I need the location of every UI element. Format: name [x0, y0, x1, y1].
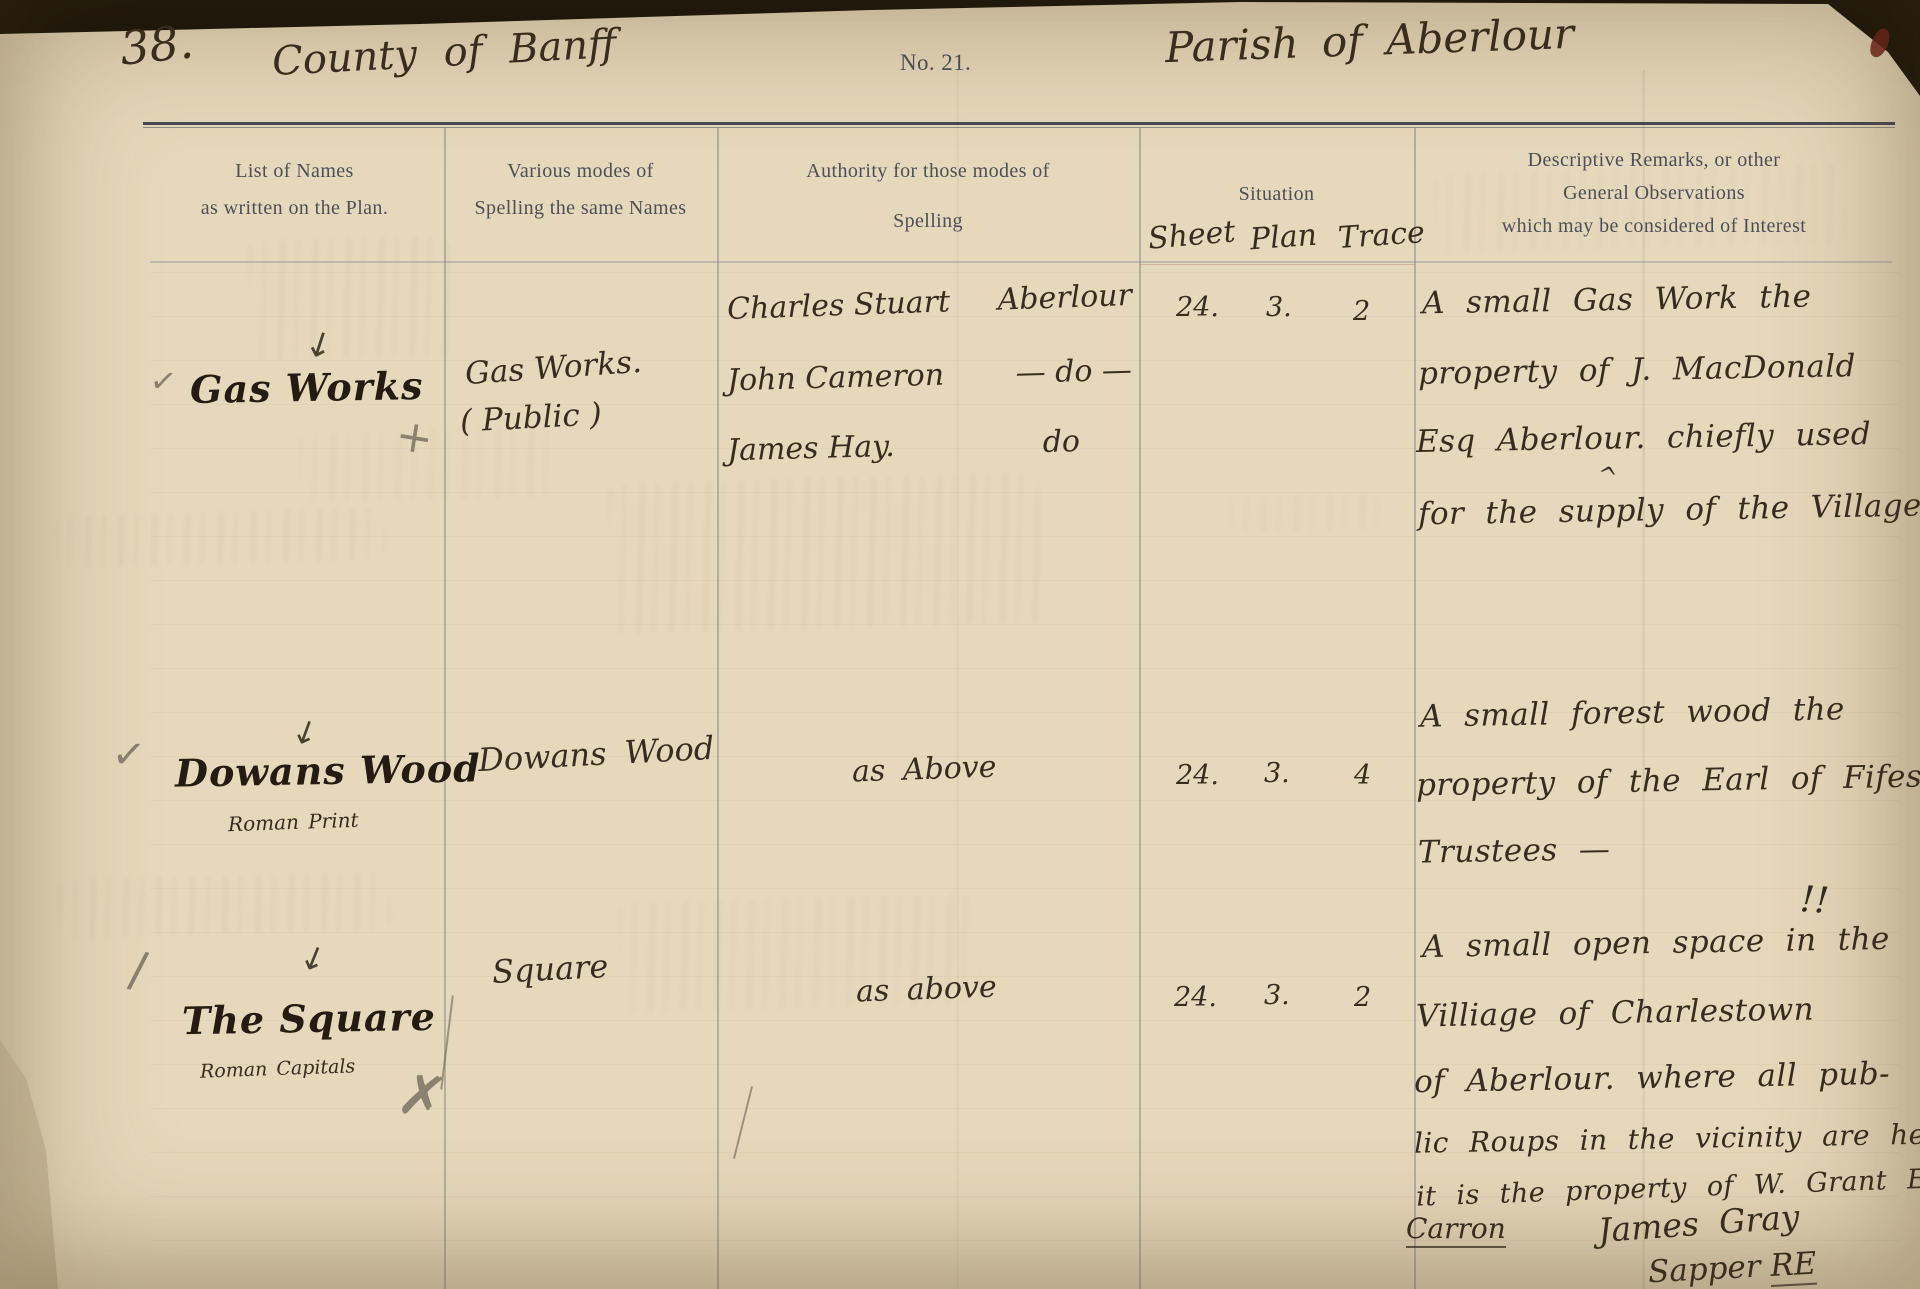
column-divider [717, 128, 719, 1289]
corps-label: RE [1769, 1246, 1817, 1287]
authority-place: Aberlour [997, 278, 1132, 318]
authority-ditto: — do — [1015, 353, 1132, 391]
row2-trace: 4 [1354, 760, 1371, 791]
row3-spelling: Square [491, 947, 609, 991]
column-divider [1414, 128, 1416, 1289]
header-situation: Situation [1139, 183, 1414, 206]
header-spelling-line1: Various modes of [444, 160, 717, 183]
paper-crease [956, 70, 961, 1289]
bleed-through-text [54, 508, 385, 569]
row3-remarks-line2: Villiage of Charlestown [1416, 992, 1815, 1035]
ink-exclamation-marks: !! [1799, 879, 1831, 922]
row3-sheet: 24. [1174, 982, 1217, 1013]
header-names-line1: List of Names [145, 160, 444, 183]
row3-remarks-carron: Carron [1406, 1212, 1506, 1248]
row3-trace: 2 [1354, 982, 1371, 1013]
column-divider [1139, 128, 1141, 1289]
subheader-plan: Plan [1249, 218, 1318, 258]
header-remarks-line2: General Observations [1414, 182, 1894, 205]
header-authority-line2: Spelling [717, 210, 1139, 233]
row2-name-note: Roman Print [228, 808, 359, 837]
row1-spelling-line2: ( Public ) [459, 396, 602, 439]
row2-authority-ditto: as Above [851, 749, 997, 789]
header-authority-line1: Authority for those modes of [717, 160, 1139, 183]
row2-sheet: 24. [1176, 760, 1219, 791]
check-mark: ✓ [147, 360, 179, 401]
paper-crease [1642, 70, 1647, 1289]
row2-name: Dowans Wood [175, 745, 481, 795]
bleed-through-text [248, 235, 451, 360]
row1-sheet: 24. [1176, 292, 1219, 323]
header-remarks-line1: Descriptive Remarks, or other [1414, 149, 1894, 172]
page-number: 38. [117, 14, 195, 75]
pencil-cross: + [392, 409, 436, 465]
row1-remarks-line1: A small Gas Work the [1422, 279, 1812, 322]
row3-plan: 3. [1264, 980, 1290, 1011]
row1-name: Gas Works [190, 363, 424, 412]
bleed-through-text [59, 872, 390, 939]
surveyor-rank: Sapper RE [1647, 1246, 1817, 1289]
header-names-line2: as written on the Plan. [145, 197, 444, 220]
row2-remarks-line1: A small forest wood the [1420, 691, 1845, 734]
header-spelling-line2: Spelling the same Names [444, 197, 717, 220]
table-top-rule [143, 122, 1895, 125]
row1-plan: 3. [1266, 292, 1292, 323]
sheet-number-label: No. 21. [900, 50, 971, 76]
table-top-rule-double [143, 127, 1895, 128]
bleed-through-text [1230, 493, 1381, 533]
row3-authority-ditto: as above [855, 970, 997, 1010]
bleed-through-text [1434, 163, 1846, 254]
authority-name: James Hay. [727, 429, 895, 468]
row2-remarks-line3: Trustees — [1418, 831, 1611, 870]
subheader-trace: Trace [1337, 215, 1426, 256]
authority-ditto: do [1042, 424, 1080, 460]
header-underline-red [1140, 264, 1415, 265]
scanned-name-book-page: 38. County of Banff No. 21. Parish of Ab… [0, 0, 1920, 1289]
header-remarks-line3: which may be considered of Interest [1414, 215, 1894, 238]
row1-trace: 2 [1353, 296, 1370, 327]
bleed-through-text [608, 472, 1042, 633]
row1-remarks-line2: property of J. MacDonald [1418, 348, 1856, 392]
row3-name: The Square [182, 994, 437, 1043]
check-mark: ✓ [110, 730, 148, 779]
column-divider [444, 128, 446, 1289]
row2-plan: 3. [1264, 758, 1290, 789]
rank-label: Sapper [1647, 1249, 1761, 1289]
authority-name: John Cameron [727, 358, 945, 399]
header-underline [150, 261, 1892, 263]
